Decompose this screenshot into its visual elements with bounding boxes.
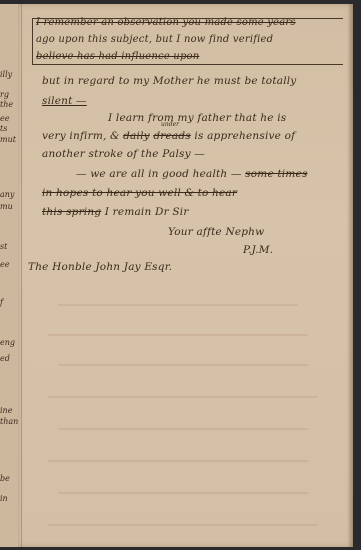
bleed-through xyxy=(58,492,308,494)
bleed-through xyxy=(48,334,308,336)
left-fragment: ee xyxy=(0,260,9,269)
line-7-struck-b: dreads xyxy=(153,130,191,142)
line-11-text: I remain Dr Sir xyxy=(105,206,189,218)
left-fragment: st xyxy=(0,242,7,251)
bleed-through xyxy=(58,428,308,430)
letter-line-8: another stroke of the Palsy — xyxy=(42,148,205,160)
bleed-through xyxy=(48,396,318,398)
bleed-through xyxy=(58,364,308,366)
page-fold xyxy=(21,4,22,547)
left-fragment: ee xyxy=(0,114,9,123)
left-fragment: than xyxy=(0,417,18,426)
letter-line-10: in hopes to hear you well & to hear xyxy=(42,187,237,199)
letter-line-3: believe has had influence upon xyxy=(36,51,199,62)
letter-line-5: silent — xyxy=(42,95,87,107)
letter-line-9: — we are all in good health — some times xyxy=(76,168,308,180)
line-7-part-b: is apprehensive of xyxy=(191,130,295,142)
closing: Your affte Nephw xyxy=(168,226,264,238)
bleed-through xyxy=(58,304,298,306)
bleed-through xyxy=(48,524,318,526)
left-fragment: mut xyxy=(0,135,16,144)
left-fragment: in xyxy=(0,494,8,503)
signature: P.J.M. xyxy=(243,244,273,256)
left-fragment: rg xyxy=(0,90,9,99)
line-7-struck-a: daily xyxy=(123,130,150,142)
letter-line-6: I learn from my father that he is xyxy=(108,112,286,124)
letter-line-11: this spring I remain Dr Sir xyxy=(42,206,189,218)
interlineation: under xyxy=(161,121,179,128)
adjacent-page-edge: illy rg the ee ts mut any mu st ee f eng… xyxy=(0,4,20,547)
addressee: The Honble John Jay Esqr. xyxy=(28,261,172,273)
left-fragment: ed xyxy=(0,354,10,363)
letter-line-2: ago upon this subject, but I now find ve… xyxy=(36,34,273,45)
left-fragment: ine xyxy=(0,406,12,415)
left-fragment: mu xyxy=(0,202,13,211)
page-edge-shadow xyxy=(347,4,353,547)
left-fragment: be xyxy=(0,474,10,483)
line-7-part-a: very infirm, & xyxy=(42,130,123,142)
left-fragment: ts xyxy=(0,124,7,133)
letter-line-7: very infirm, & daily dreads is apprehens… xyxy=(42,130,295,142)
left-fragment: illy xyxy=(0,70,12,79)
letter-page: I remember an observation you made some … xyxy=(18,4,353,547)
left-fragment: f xyxy=(0,298,3,307)
line-9-text: — we are all in good health — xyxy=(76,168,242,180)
letter-line-1: I remember an observation you made some … xyxy=(36,17,296,28)
left-fragment: eng xyxy=(0,338,15,347)
line-11-struck: this spring xyxy=(42,206,101,218)
line-9-struck: some times xyxy=(245,168,307,180)
left-fragment: the xyxy=(0,100,13,109)
left-fragment: any xyxy=(0,190,14,199)
bleed-through xyxy=(48,460,308,462)
letter-line-4: but in regard to my Mother he must be to… xyxy=(42,75,296,87)
